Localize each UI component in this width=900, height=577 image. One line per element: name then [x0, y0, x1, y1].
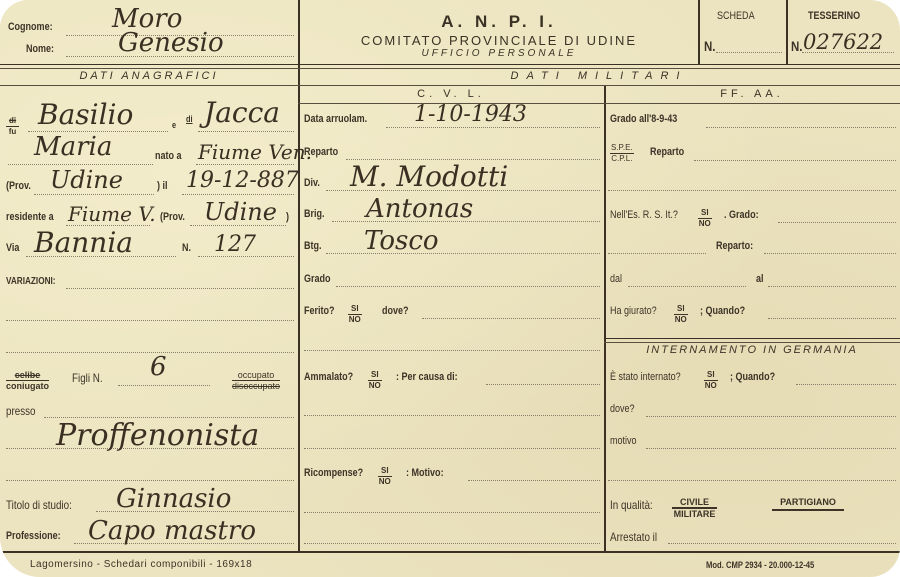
footer-left: Lagomersino - Schedari componibili - 169… [30, 559, 252, 570]
div-value: M. Modotti [350, 160, 508, 193]
madre-cont-value: Maria [34, 132, 112, 162]
arrestato-line [668, 543, 896, 544]
occupazione-stato: occupato disoccupato [232, 370, 280, 391]
figli-label: Figli N. [72, 371, 103, 385]
prov-value: Udine [50, 166, 123, 194]
nato-line [196, 164, 294, 165]
ferito-si-no[interactable]: SI NO [348, 304, 362, 325]
internato-motivo-line [646, 448, 896, 449]
internamento-title: INTERNAMENTO IN GERMANIA [604, 344, 900, 356]
rsi-reparto-label: Reparto: [716, 240, 753, 252]
professione-label: Professione: [6, 530, 61, 542]
footer-right: Mod. CMP 2934 - 20.000-12-45 [706, 560, 814, 570]
internato-label: È stato internato? [610, 371, 681, 383]
variazioni-line-2 [6, 320, 294, 321]
stato-civile: celibe coniugato [6, 370, 49, 391]
nato-value: Fiume Ven. [198, 140, 312, 164]
per-causa-label: : Per causa di: [396, 371, 458, 383]
ricompense-si-no[interactable]: SI NO [378, 466, 392, 487]
cvl-grado-label: Grado [304, 273, 331, 285]
internato-motivo-line-2 [608, 480, 896, 481]
via-value: Bannia [34, 226, 133, 259]
cvl-grado-line [336, 286, 600, 287]
footer-rule [0, 551, 900, 553]
org-title: A. N. P. I. [300, 12, 698, 32]
header-rule-2 [0, 68, 900, 69]
cvl-title: C. V. L. [298, 88, 604, 100]
ammalato-line-3 [304, 448, 600, 449]
data-arruolam-label: Data arruolam. [304, 113, 367, 125]
subsection-rule [298, 103, 900, 104]
rsi-grado-line [778, 222, 896, 223]
ricompense-line-3 [304, 543, 600, 544]
presso-value: Proffenonista [56, 418, 259, 453]
madre-prefix: di [186, 114, 193, 124]
ffaa-title: FF. AA. [604, 88, 900, 100]
titolo-value: Ginnasio [116, 484, 231, 514]
per-causa-line [486, 384, 600, 385]
brig-label: Brig. [304, 208, 325, 220]
madre-cont-line [8, 164, 153, 165]
org-subtitle: COMITATO PROVINCIALE DI UDINE [300, 33, 698, 48]
internato-si-no[interactable]: SI NO [704, 370, 718, 391]
data-arruolam-value: 1-10-1943 [414, 102, 527, 127]
cvl-reparto-label: Reparto [304, 146, 338, 158]
org-office: UFFICIO PERSONALE [300, 48, 698, 59]
internamento-rule-2 [604, 342, 900, 343]
ammalato-line-2 [304, 415, 600, 416]
org-header: A. N. P. I. COMITATO PROVINCIALE DI UDIN… [300, 12, 698, 59]
header-rule-1 [0, 64, 900, 65]
ammalato-label: Ammalato? [304, 371, 353, 383]
ffaa-reparto-line-2 [608, 190, 896, 191]
giurato-quando-label: ; Quando? [700, 305, 745, 317]
nome-value: Genesio [118, 28, 224, 58]
figli-line [118, 385, 210, 386]
ammalato-si-no[interactable]: SI NO [368, 370, 382, 391]
residente-label: residente a [6, 211, 54, 223]
internato-quando-label: ; Quando? [730, 371, 775, 383]
internato-quando-line [796, 384, 896, 385]
div-label: Div. [304, 177, 320, 189]
divider-scheda [698, 0, 700, 65]
madre-line [198, 131, 294, 132]
internato-dove-label: dove? [610, 403, 635, 415]
partigiano-option[interactable]: PARTIGIANO [772, 497, 844, 511]
section-rule [0, 85, 900, 86]
via-label: Via [6, 242, 19, 254]
ffaa-grado-label: Grado all'8-9-43 [610, 113, 677, 125]
numero-label: N. [182, 242, 191, 254]
dove-label: dove? [382, 305, 409, 317]
partisan-registration-card: Cognome: Moro Nome: Genesio A. N. P. I. … [0, 0, 900, 577]
titolo-label: Titolo di studio: [6, 498, 72, 512]
giurato-quando-line [768, 318, 896, 319]
btg-label: Btg. [304, 240, 322, 252]
dove-line [422, 318, 600, 319]
res-prov-value: Udine [204, 198, 277, 226]
birth-date-line [182, 194, 294, 195]
rsi-si-no[interactable]: SI NO [698, 208, 712, 229]
numero-value: 127 [214, 232, 256, 257]
scheda-n-label: N. [704, 38, 715, 54]
divider-tesserino [786, 0, 788, 65]
figli-value: 6 [150, 352, 167, 382]
tesserino-n-label: N. [791, 38, 802, 54]
spe-cpl[interactable]: S.P.E. C.P.L. [610, 143, 634, 164]
rsi-reparto-line [764, 253, 896, 254]
rsi-reparto-pre-line [608, 253, 706, 254]
tesserino-label: TESSERINO [808, 10, 860, 22]
nato-label: nato a [155, 150, 182, 162]
variazioni-line-1 [66, 288, 294, 289]
al-label: al [756, 273, 764, 285]
presso-label: presso [6, 404, 36, 418]
scheda-line [716, 52, 782, 53]
al-line [768, 286, 896, 287]
il-label: ) il [157, 180, 168, 192]
ffaa-grado-line [706, 127, 896, 128]
motivo-line [468, 480, 600, 481]
padre-prefix: di fu [6, 116, 19, 137]
prov-line [34, 194, 154, 195]
arrestato-label: Arrestato il [610, 530, 657, 544]
ffaa-reparto-label: Reparto [650, 146, 684, 158]
internato-dove-line [646, 416, 896, 417]
presso-line-3 [6, 480, 294, 481]
professione-value: Capo mastro [88, 516, 256, 546]
rsi-label: Nell'Es. R. S. It.? [610, 209, 678, 221]
ffaa-reparto-line [694, 160, 896, 161]
civile-militare[interactable]: CIVILE MILITARE [672, 497, 717, 519]
e-label: e [172, 120, 176, 130]
scheda-label: SCHEDA [717, 10, 755, 22]
giurato-si-no[interactable]: SI NO [674, 304, 688, 325]
divider-right [604, 85, 606, 552]
qualita-label: In qualità: [610, 498, 653, 512]
residente-value: Fiume V. [68, 202, 156, 226]
divider-left [298, 0, 300, 552]
madre-value: Jacca [204, 96, 280, 129]
variazioni-label: VARIAZIONI: [6, 276, 56, 287]
ricompense-label: Ricompense? [304, 467, 363, 479]
prov-label: (Prov. [6, 180, 31, 192]
padre-value: Basilio [38, 98, 133, 131]
internamento-rule-1 [604, 338, 900, 339]
res-prov-label: (Prov. [160, 211, 185, 223]
birth-date-value: 19-12-887 [186, 168, 299, 193]
data-arruolam-line [386, 127, 600, 128]
btg-value: Tosco [364, 226, 439, 256]
dal-label: dal [610, 273, 622, 285]
ferito-line-2 [304, 350, 600, 351]
dati-anagrafici-title: DATI ANAGRAFICI [0, 70, 298, 82]
dal-line [628, 286, 746, 287]
tesserino-value: 027622 [803, 30, 883, 54]
res-prov-close: ) [286, 211, 289, 223]
dati-militari-title: DATI MILITARI [298, 70, 900, 82]
ferito-label: Ferito? [304, 305, 335, 317]
rsi-grado-label: . Grado: [724, 209, 759, 221]
motivo-label: : Motivo: [406, 467, 444, 479]
giurato-label: Ha giurato? [610, 305, 657, 317]
brig-value: Antonas [366, 194, 473, 224]
cognome-label: Cognome: [8, 21, 53, 33]
ricompense-line-2 [304, 512, 600, 513]
nome-label: Nome: [26, 43, 54, 55]
internato-motivo-label: motivo [610, 435, 637, 447]
